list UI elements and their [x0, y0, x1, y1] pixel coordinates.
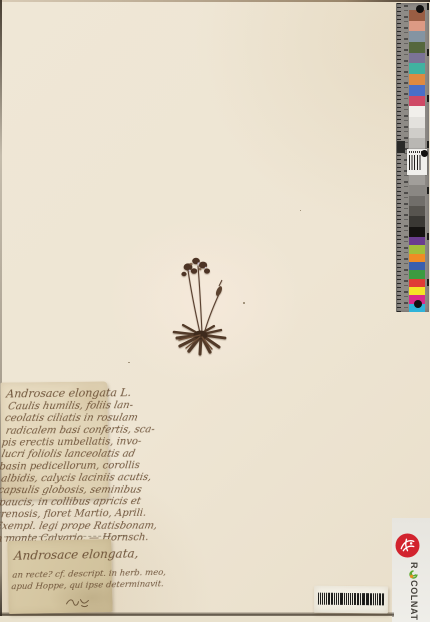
det-label-line: apud Hoppe, qui ipse determinavit. [11, 579, 165, 593]
photo-top-edge [0, 0, 430, 2]
color-patch [409, 196, 425, 206]
color-patch [409, 21, 425, 32]
color-patch [409, 53, 425, 64]
barcode-bar [373, 593, 374, 605]
color-patch [409, 206, 425, 216]
det-label-title: Androsace elongata, [13, 546, 167, 563]
registration-dot-bottom [414, 300, 422, 308]
strip-edge-marks [427, 3, 429, 312]
color-patch [409, 254, 425, 262]
color-patch [409, 237, 425, 245]
barcode-bar [331, 593, 332, 605]
color-patch [409, 42, 425, 53]
recolnat-text: RCOLNAT [409, 562, 419, 621]
color-patch [409, 216, 425, 226]
barcode-bar [340, 593, 341, 605]
barcode-bar [379, 593, 381, 605]
main-label-text: Androsace elongata L. Caulis humilis, fo… [0, 381, 165, 546]
color-patch [409, 31, 425, 42]
patch-stack-top [409, 10, 425, 149]
color-patch [409, 85, 425, 96]
color-patch [409, 138, 425, 149]
patch-stack-grays [409, 175, 425, 237]
barcode-bar [371, 593, 372, 605]
foxing-speck [300, 210, 301, 211]
color-patch [409, 175, 425, 185]
label-line: paucis, in collibus apricis et [0, 496, 157, 510]
barcode-bar [363, 593, 364, 605]
plant-bud-tip [219, 280, 222, 286]
barcode-bar [354, 593, 355, 605]
barcode-bar [355, 593, 356, 605]
color-patch [409, 96, 425, 107]
color-patch [409, 279, 425, 287]
main-handwritten-label: Androsace elongata L. Caulis humilis, fo… [0, 381, 108, 499]
backing-bottom-strip [0, 616, 392, 622]
red-stamp-logo [395, 533, 420, 558]
label-line: Caulis humilis, foliis lan- [7, 400, 167, 414]
barcode-bar [362, 593, 363, 605]
barcode-bar [360, 593, 361, 605]
barcode-bar [383, 593, 384, 605]
label-line: arenosis, floret Martio, Aprili. [0, 508, 153, 522]
plant-bud [215, 285, 224, 296]
barcode-bar [326, 593, 327, 605]
color-patch [409, 270, 425, 278]
color-patch [409, 117, 425, 128]
label-line: pis erectis umbellatis, invo- [1, 436, 159, 450]
recolnat-ammonite-icon [410, 570, 419, 579]
determination-label: Androsace elongata, an recte? cf. descri… [7, 539, 112, 614]
color-patch [409, 287, 425, 295]
label-line: lucri foliolis lanceolatis ad [0, 448, 160, 461]
barcode-bar [367, 593, 368, 605]
barcode-bar [351, 593, 352, 605]
color-patch [409, 262, 425, 270]
barcode-bar [370, 593, 371, 605]
color-patch [409, 106, 425, 117]
barcode-bar [341, 593, 343, 605]
barcode-bars [318, 593, 384, 606]
barcode-bar [322, 593, 323, 605]
barcode-institution-text: Herbier de l'Université Montpellier 2 (M… [315, 587, 387, 593]
barcode-bar [377, 593, 378, 605]
registration-dot-top [416, 5, 424, 13]
barcode-bar [382, 593, 383, 605]
barcode-bar [338, 593, 339, 605]
label-line: albidis, calycis laciniis acutis, [0, 472, 160, 486]
barcode-bar [336, 593, 337, 605]
barcode-bar [350, 593, 351, 605]
barcode-bar [346, 593, 347, 605]
strip-black-block [397, 141, 405, 153]
color-patch [409, 245, 425, 253]
barcode-bar [334, 593, 335, 605]
barcode-bar [366, 593, 367, 605]
barcode-bar [375, 593, 376, 605]
plant-specimen [150, 243, 260, 358]
mini-barcode-bars [409, 155, 421, 170]
label-line: Exempl. legi prope Ratisbonam, [0, 521, 153, 534]
barcode-bar [344, 593, 345, 605]
barcode-bar [320, 593, 321, 605]
barcode-bar [324, 593, 325, 605]
color-patch [409, 227, 425, 237]
barcode-number-value: MPU023613 [335, 612, 368, 613]
plant-stems [188, 266, 219, 334]
color-patch [409, 63, 425, 74]
label-line: capsulis globosis, seminibus [0, 484, 157, 497]
label-line: radicalem basi confertis, sca- [5, 424, 165, 438]
foxing-speck [128, 362, 130, 363]
label-line: ceolatis ciliatis in rosulam [4, 412, 164, 425]
barcode-label: Herbier de l'Université Montpellier 2 (M… [314, 586, 388, 614]
recolnat-letter-r: R [409, 562, 419, 569]
color-patch [409, 128, 425, 139]
color-calibration-strip [396, 3, 429, 312]
barcode-bar [328, 593, 330, 605]
color-patch [409, 74, 425, 85]
barcode-number: MPU023613 [314, 605, 388, 613]
barcode-bar [332, 593, 333, 605]
herbarium-sheet-photo: Androsace elongata L. Caulis humilis, fo… [0, 0, 430, 622]
color-patch [409, 185, 425, 195]
barcode-bar [357, 593, 359, 605]
recolnat-wordmark: RCOLNAT [402, 560, 422, 622]
barcode-bar [348, 593, 349, 605]
barcode-bar [318, 593, 319, 605]
signature-squiggle [64, 594, 90, 608]
det-label-text: Androsace elongata, an recte? cf. descri… [3, 538, 168, 593]
recolnat-letters-colnat: COLNAT [409, 580, 419, 620]
